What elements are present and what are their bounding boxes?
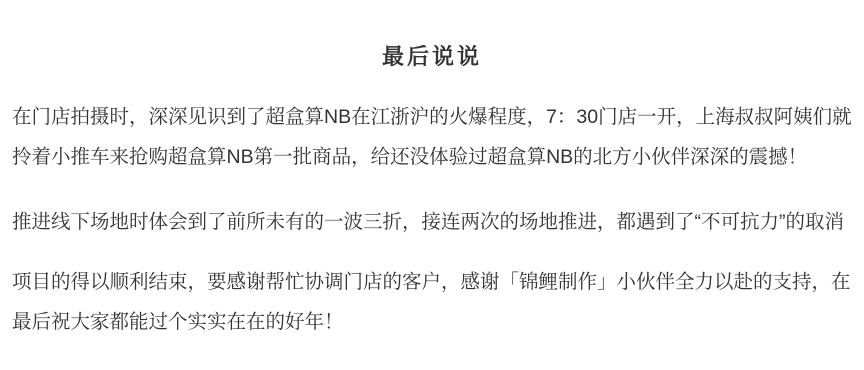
paragraph-venue-setbacks: 推进线下场地时体会到了前所未有的一波三折，接连两次的场地推进，都遇到了“不可抗力… — [12, 202, 852, 242]
paragraph-store-shoot: 在门店拍摄时，深深见识到了超盒算NB在江浙沪的火爆程度，7：30门店一开，上海叔… — [12, 97, 852, 177]
page-title: 最后说说 — [12, 44, 852, 70]
article-body: 最后说说 在门店拍摄时，深深见识到了超盒算NB在江浙沪的火爆程度，7：30门店一… — [0, 44, 864, 342]
paragraph-thanks: 项目的得以顺利结束，要感谢帮忙协调门店的客户，感谢「锦鲤制作」小伙伴全力以赴的支… — [12, 262, 852, 342]
